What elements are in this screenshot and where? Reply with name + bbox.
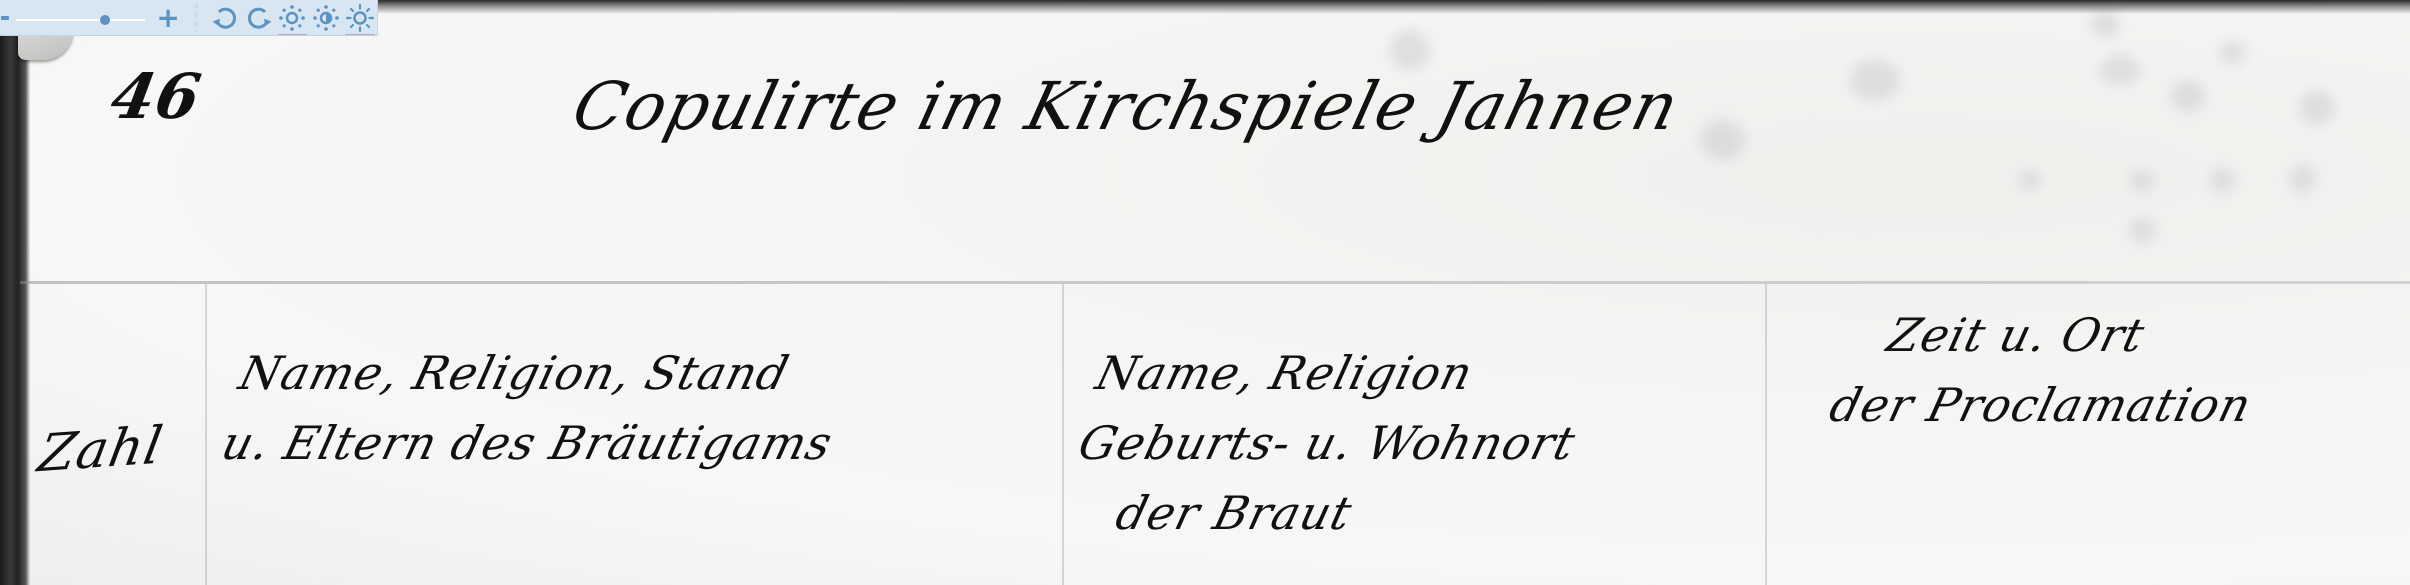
zoom-in-button[interactable]: + bbox=[155, 3, 181, 33]
viewer-toolbar: + bbox=[0, 0, 378, 36]
page-title: Copulirte im Kirchspiele Jahnen bbox=[565, 68, 1686, 145]
column-header-number: Zahl bbox=[34, 416, 168, 484]
header-line: Geburts- u. Wohnort bbox=[1071, 408, 1583, 478]
header-line: Name, Religion, Stand bbox=[232, 338, 858, 408]
header-line: der Proclamation bbox=[1823, 370, 2260, 440]
zoom-slider[interactable] bbox=[16, 3, 145, 33]
contrast-icon bbox=[311, 3, 341, 33]
paper-stain bbox=[1850, 60, 1900, 100]
zoom-slider-thumb[interactable] bbox=[100, 15, 110, 25]
minus-icon bbox=[1, 16, 9, 20]
rotate-right-icon bbox=[244, 3, 274, 33]
paper-stain bbox=[2300, 90, 2335, 125]
gamma-button[interactable] bbox=[343, 3, 377, 33]
header-rule bbox=[20, 281, 2410, 284]
rotate-left-icon bbox=[210, 3, 240, 33]
plus-icon: + bbox=[156, 3, 179, 33]
paper-stain bbox=[2290, 165, 2315, 193]
toolbar-separator bbox=[195, 4, 198, 32]
page-number: 46 bbox=[106, 60, 207, 133]
paper-stain bbox=[2210, 168, 2235, 193]
header-line: der Braut bbox=[1054, 478, 1566, 548]
column-header-bride: Name, Religion Geburts- u. Wohnort der B… bbox=[1054, 338, 1601, 548]
rotate-right-button[interactable] bbox=[242, 3, 276, 33]
zoom-out-button[interactable] bbox=[0, 3, 12, 33]
zoom-slider-track bbox=[16, 19, 145, 21]
column-header-groom: Name, Religion, Stand u. Eltern des Bräu… bbox=[215, 338, 858, 478]
brightness-icon bbox=[277, 3, 307, 33]
image-viewer: 46 Copulirte im Kirchspiele Jahnen Zahl … bbox=[0, 0, 2410, 585]
header-line: Zeit u. Ort bbox=[1840, 300, 2277, 370]
paper-stain bbox=[1390, 30, 1430, 70]
paper-stain bbox=[2130, 218, 2155, 243]
column-header-proclamation: Zeit u. Ort der Proclamation bbox=[1823, 300, 2277, 440]
book-binding bbox=[0, 0, 30, 585]
rotate-left-button[interactable] bbox=[208, 3, 242, 33]
column-rule bbox=[1765, 284, 1767, 585]
paper-stain bbox=[2170, 80, 2205, 112]
paper-stain bbox=[1700, 120, 1745, 160]
paper-stain bbox=[2100, 55, 2140, 85]
header-line: Name, Religion bbox=[1089, 338, 1601, 408]
paper-stain bbox=[2220, 40, 2245, 65]
contrast-button[interactable] bbox=[309, 3, 343, 33]
paper-stain bbox=[2020, 170, 2040, 190]
paper-stain bbox=[2090, 10, 2120, 38]
column-rule bbox=[205, 284, 207, 585]
paper-stain bbox=[2130, 170, 2155, 192]
sun-icon bbox=[345, 3, 375, 33]
brightness-button[interactable] bbox=[276, 3, 310, 33]
header-line: u. Eltern des Bräutigams bbox=[215, 408, 841, 478]
